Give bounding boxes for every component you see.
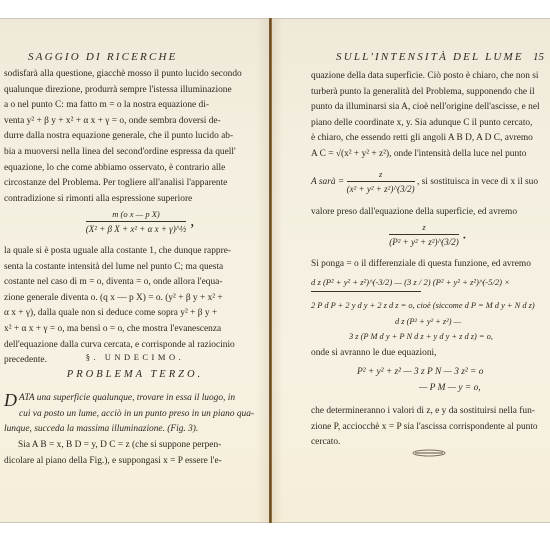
text-line: è chiaro, che essendo retti gli angoli A… <box>311 131 545 147</box>
left-formula-1: m (o x — p X) (X² + β X + x² + α x + γ)^… <box>60 209 220 235</box>
right-text-block-1: quazione della data superficie. Ciò post… <box>311 69 545 163</box>
left-text-block-1: sodisfarà alla questione, giacchè mosso … <box>4 67 266 207</box>
formula-prefix: A sarà = <box>311 177 344 187</box>
fraction-numerator: z <box>389 222 459 235</box>
equation-b: — P M — y = o, <box>311 381 545 397</box>
page-number: 15 <box>533 51 544 63</box>
text-line: equazione, lo che come abbiamo osservato… <box>4 161 266 177</box>
fraction-denominator: (P² + y² + z²)^(3/2) <box>389 235 459 248</box>
right-text-line-after-3: onde si avranno le due equazioni, <box>311 346 545 362</box>
text-line: costante nel caso di m = o, diventa = o,… <box>4 275 266 291</box>
right-text-line-after-1: valore preso dall'equazione della superf… <box>311 205 545 221</box>
left-text-block-3: Sia A B = x, B D = y, D C = z (che si su… <box>4 438 266 469</box>
text-line: quazione della data superficie. Ciò post… <box>311 69 545 85</box>
right-formula-block-2: 2 P d P + 2 y d y + 2 z d z = o, cioè (s… <box>311 298 545 345</box>
text-line: sodisfarà alla questione, giacchè mosso … <box>4 67 266 83</box>
text-line: D ATA una superficie qualunque, trovare … <box>4 391 266 407</box>
formula-suffix: , si sostituisca in vece di x il suo <box>417 177 538 187</box>
right-closing-block: che determineranno i valori di z, e y da… <box>311 404 545 451</box>
text-line: zione P, acciocchè x = P sia l'ascissa c… <box>311 420 545 436</box>
right-running-head: SULL'INTENSITÀ DEL LUME <box>336 51 524 63</box>
fraction: z (P² + y² + z²)^(3/2) <box>389 222 459 248</box>
text-line: Sia A B = x, B D = y, D C = z (che si su… <box>4 438 266 454</box>
book-spine <box>269 18 272 523</box>
equation-a: P² + y² + z² — 3 z P N — 3 z² = o <box>311 365 545 381</box>
fraction-numerator: z <box>347 169 415 182</box>
left-text-block-2: la quale si è posta uguale alla costante… <box>4 244 266 369</box>
formula-line: 2 P d P + 2 y d y + 2 z d z = o, cioè (s… <box>311 298 545 314</box>
text-line: a o nel punto C: ma fatto m = o la nostr… <box>4 98 266 114</box>
text-line: contradizione si rimonti alla espression… <box>4 192 266 208</box>
formula-trailing: , <box>190 213 194 230</box>
text-line: dicolare al piano della Fig.), e suppong… <box>4 454 266 470</box>
tailpiece-ornament-icon <box>411 449 447 457</box>
open-book: SAGGIO DI RICERCHE sodisfarà alla questi… <box>0 18 550 523</box>
text-line: α x + γ), dalla quale non si deduce come… <box>4 306 266 322</box>
fraction: z (x² + y² + z²)^(3/2) <box>347 169 415 195</box>
text-line: cui va posto un lume, acciò in un punto … <box>4 407 266 423</box>
text-line: punto da illuminarsi sia A, cioè nell'or… <box>311 100 545 116</box>
text-line: lunque, succeda la massima illuminazione… <box>4 422 266 438</box>
text-line: circostanze del Problema. Per togliere a… <box>4 176 266 192</box>
formula-line: d z (P² + y² + z²) — <box>311 314 545 330</box>
text-line: A C = √(x² + y² + z²), onde l'intensità … <box>311 147 545 163</box>
fraction-denominator: (X² + β X + x² + α x + γ)^½ <box>86 222 186 235</box>
text-line: turberà punto la generalità del Problema… <box>311 85 545 101</box>
text-line: piano delle coordinate x, y. Sia adunque… <box>311 116 545 132</box>
right-page: SULL'INTENSITÀ DEL LUME 15 quazione dell… <box>271 18 550 523</box>
formula-line: d z (P² + y² + z²)^(-3/2) — (3 z / 2) (P… <box>311 275 545 291</box>
text-line: bia a muoversi nella linea del second'or… <box>4 145 266 161</box>
right-text-line-after-2: Si ponga = o il differenziale di questa … <box>311 257 545 273</box>
problem-title: PROBLEMA TERZO. <box>0 369 270 387</box>
text-line: che determineranno i valori di z, e y da… <box>311 404 545 420</box>
text-line: senta la costante intensità del lume nel… <box>4 260 266 276</box>
fraction-numerator: m (o x — p X) <box>86 209 186 222</box>
text-line: zione generale diventa o. (q x — p X) = … <box>4 291 266 307</box>
text-line: la quale si è posta uguale alla costante… <box>4 244 266 260</box>
text-line: dell'equazione dalla curva cercata, e co… <box>4 338 266 354</box>
text-line: qualunque direzione, produrrà sempre l'i… <box>4 83 266 99</box>
fraction-denominator: (x² + y² + z²)^(3/2) <box>347 182 415 195</box>
left-running-head: SAGGIO DI RICERCHE <box>28 51 178 63</box>
text-line: durre dalla nostra equazione generale, c… <box>4 129 266 145</box>
left-page: SAGGIO DI RICERCHE sodisfarà alla questi… <box>0 18 270 523</box>
section-heading: §. UNDECIMO. <box>0 352 270 368</box>
equations: P² + y² + z² — 3 z P N — 3 z² = o — P M … <box>311 365 545 396</box>
text-line: x² + α x + γ = o, ma bensì o = o, che mo… <box>4 322 266 338</box>
text-line: venta y² + β y + x² + α x + γ = o, onde … <box>4 114 266 130</box>
fraction: m (o x — p X) (X² + β X + x² + α x + γ)^… <box>86 209 186 235</box>
formula-line: 3 z (P M d y + P N d z + y d y + z d z) … <box>311 329 545 345</box>
drop-cap: D <box>4 391 17 409</box>
problem-statement: D ATA una superficie qualunque, trovare … <box>4 391 266 438</box>
right-formula-line-1: A sarà = z (x² + y² + z²)^(3/2) , si sos… <box>311 169 545 195</box>
right-formula-2: z (P² + y² + z²)^(3/2) . <box>311 222 545 248</box>
